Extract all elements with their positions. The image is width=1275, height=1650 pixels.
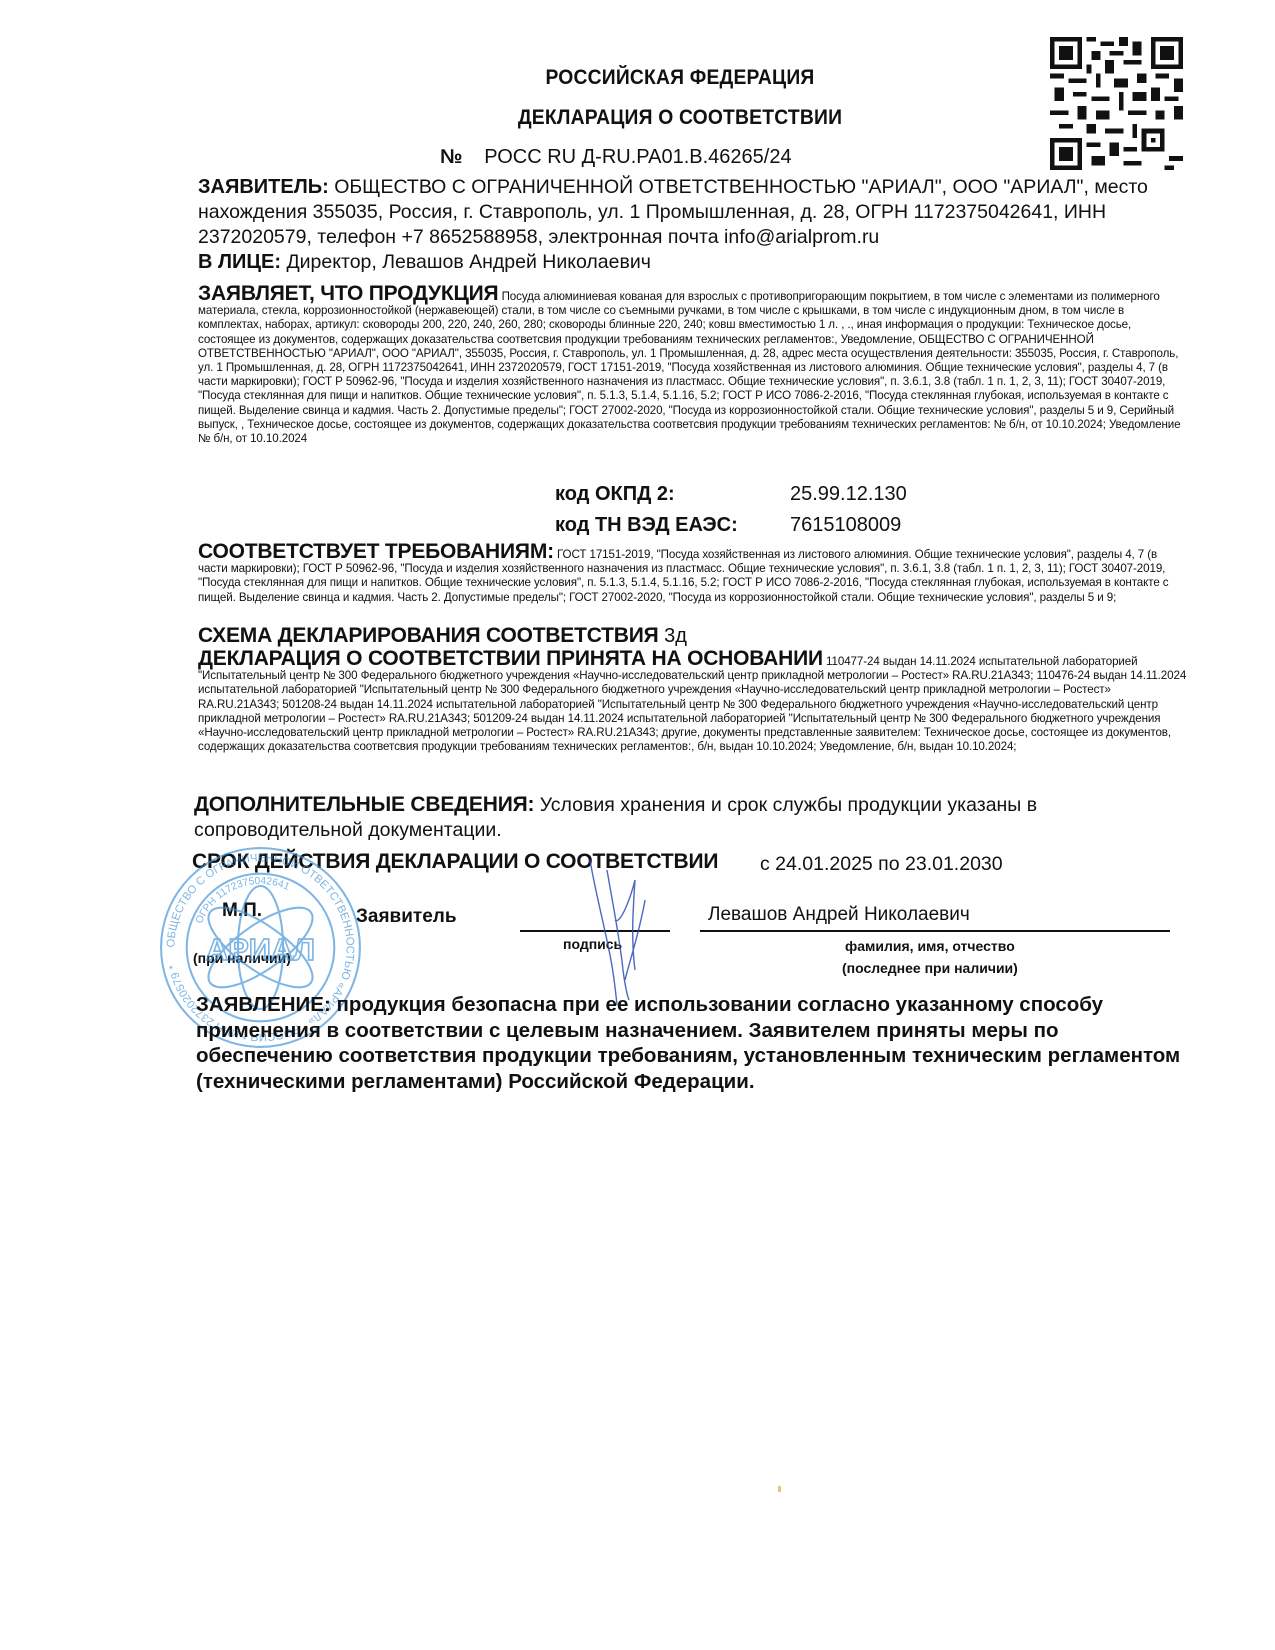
representative-text: Директор, Левашов Андрей Николаевич (286, 251, 650, 273)
declaration-number-value: РОСС RU Д-RU.PA01.B.46265/24 (484, 146, 791, 168)
tnved-value: 7615108009 (790, 514, 901, 536)
name-line (700, 930, 1170, 932)
product-text: Посуда алюминиевая кованая для взрослых … (198, 290, 1181, 445)
signatory-name: Левашов Андрей Николаевич (708, 904, 970, 926)
name-caption-note: (последнее при наличии) (842, 960, 1018, 976)
name-caption: фамилия, имя, отчество (845, 938, 1015, 954)
qr-code-icon (1050, 37, 1183, 170)
country-heading: РОССИЙСКАЯ ФЕДЕРАЦИЯ (450, 66, 910, 90)
scheme-label: СХЕМА ДЕКЛАРИРОВАНИЯ СООТВЕТСТВИЯ (198, 624, 659, 647)
declaration-number: №РОСС RU Д-RU.PA01.B.46265/24 (440, 146, 792, 169)
requirements-label: СООТВЕТСТВУЕТ ТРЕБОВАНИЯМ: (198, 540, 554, 563)
declaration-page: РОССИЙСКАЯ ФЕДЕРАЦИЯ ДЕКЛАРАЦИЯ О СООТВЕ… (0, 0, 1275, 1650)
additional-label: ДОПОЛНИТЕЛЬНЫЕ СВЕДЕНИЯ: (194, 793, 534, 816)
representative-label: В ЛИЦЕ: (198, 251, 281, 273)
additional-section: ДОПОЛНИТЕЛЬНЫЕ СВЕДЕНИЯ: Условия хранени… (194, 792, 1094, 843)
applicant-text: ОБЩЕСТВО С ОГРАНИЧЕННОЙ ОТВЕТСТВЕННОСТЬЮ… (198, 176, 1148, 248)
validity-dates: с 24.01.2025 по 23.01.2030 (760, 853, 1003, 876)
requirements-section: СООТВЕТСТВУЕТ ТРЕБОВАНИЯМ: ГОСТ 17151-20… (198, 545, 1188, 605)
safety-statement: ЗАЯВЛЕНИЕ: продукция безопасна при ее ис… (196, 992, 1186, 1094)
applicant-section: ЗАЯВИТЕЛЬ: ОБЩЕСТВО С ОГРАНИЧЕННОЙ ОТВЕТ… (198, 175, 1188, 275)
okpd-value: 25.99.12.130 (790, 483, 907, 505)
basis-section: ДЕКЛАРАЦИЯ О СООТВЕТСТВИИ ПРИНЯТА НА ОСН… (198, 652, 1188, 754)
number-sign: № (440, 146, 462, 168)
product-section: ЗАЯВЛЯЕТ, ЧТО ПРОДУКЦИЯ Посуда алюминиев… (198, 287, 1188, 446)
basis-text: 110477-24 выдан 14.11.2024 испытательной… (198, 655, 1186, 753)
statement-label: ЗАЯВЛЕНИЕ: (196, 993, 331, 1016)
basis-label: ДЕКЛАРАЦИЯ О СООТВЕТСТВИИ ПРИНЯТА НА ОСН… (198, 647, 823, 670)
scheme-value: 3д (664, 625, 687, 647)
scan-artifact (778, 1486, 781, 1492)
svg-text:АРИАЛ: АРИАЛ (206, 932, 315, 967)
applicant-label: ЗАЯВИТЕЛЬ: (198, 176, 329, 198)
product-label: ЗАЯВЛЯЕТ, ЧТО ПРОДУКЦИЯ (198, 282, 498, 305)
okpd-code: код ОКПД 2:25.99.12.130 (555, 483, 907, 506)
statement-text: продукция безопасна при ее использовании… (196, 993, 1180, 1093)
scheme-section: СХЕМА ДЕКЛАРИРОВАНИЯ СООТВЕТСТВИЯ 3д (198, 624, 1188, 648)
applicant-signature-label: Заявитель (356, 906, 457, 928)
document-title: ДЕКЛАРАЦИЯ О СООТВЕТСТВИИ (450, 106, 910, 130)
okpd-label: код ОКПД 2: (555, 483, 790, 506)
tnved-label: код ТН ВЭД ЕАЭС: (555, 514, 790, 537)
tnved-code: код ТН ВЭД ЕАЭС:7615108009 (555, 514, 901, 537)
handwritten-signature-icon (585, 860, 665, 1010)
